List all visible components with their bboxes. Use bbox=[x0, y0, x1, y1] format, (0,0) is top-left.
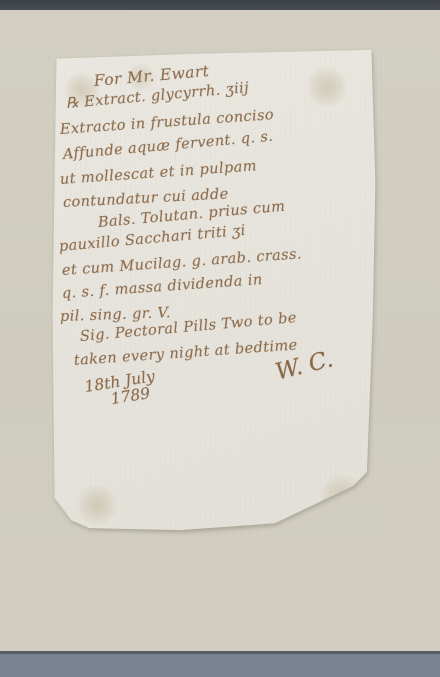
manuscript-photo: For Mr. Ewart ℞ Extract. glycyrrh. ʒiij … bbox=[0, 0, 440, 677]
manuscript-line: pauxillo Sacchari triti ʒi bbox=[58, 223, 246, 255]
wafer-stain bbox=[306, 66, 348, 108]
prescription-slip: For Mr. Ewart ℞ Extract. glycyrrh. ʒiij … bbox=[50, 48, 376, 532]
manuscript-line: ut mollescat et in pulpam bbox=[59, 158, 257, 188]
wafer-stain bbox=[76, 484, 118, 526]
ledger-page: For Mr. Ewart ℞ Extract. glycyrrh. ʒiij … bbox=[0, 10, 440, 652]
binding-edge-bottom bbox=[0, 651, 440, 677]
date-block: 18th July 1789 bbox=[83, 367, 158, 412]
slip-paper: For Mr. Ewart ℞ Extract. glycyrrh. ʒiij … bbox=[50, 48, 376, 532]
wafer-stain bbox=[320, 474, 364, 518]
